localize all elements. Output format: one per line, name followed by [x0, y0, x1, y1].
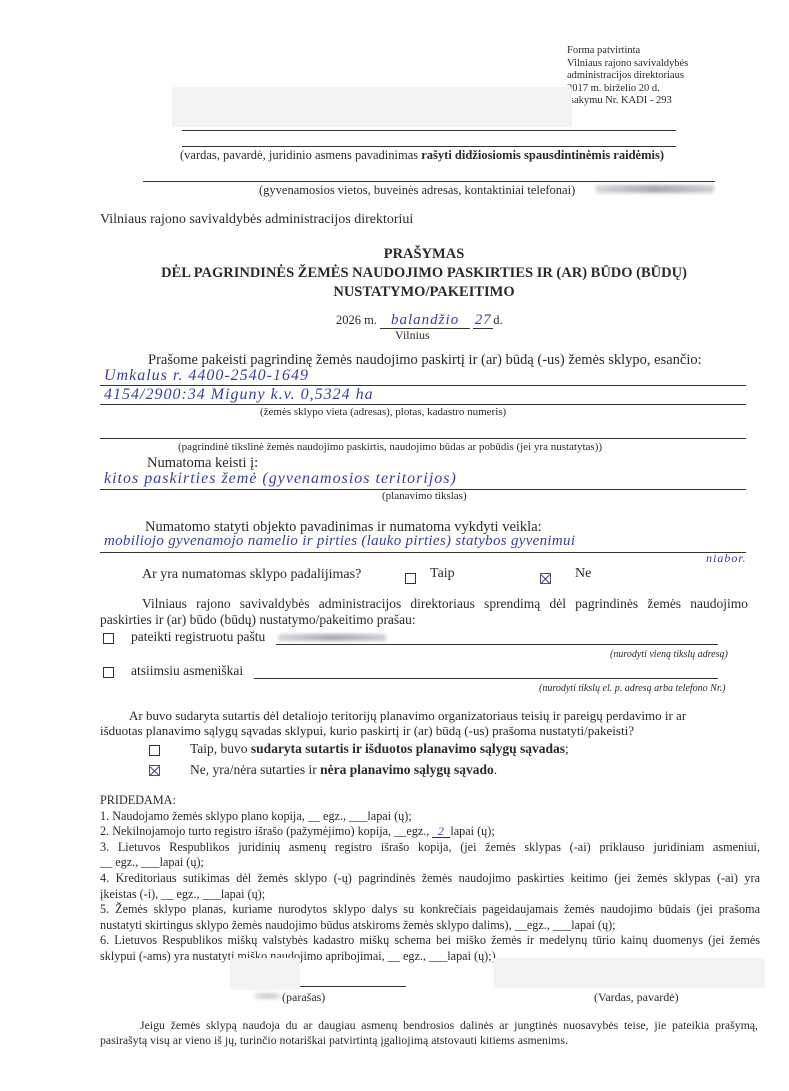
agreement-no-label: Ne, yra/nėra sutarties ir nėra planavimo…: [190, 762, 497, 778]
delivery-post-line[interactable]: [276, 644, 718, 645]
delivery-intro-1: Vilniaus rajono savivaldybės administrac…: [100, 596, 748, 612]
delivery-personal-checkbox[interactable]: [103, 667, 114, 678]
redacted-signature: [230, 958, 300, 990]
attachment-item-4-cont: įkeistas (-i), __ egz., ___lapai (ų);: [100, 887, 760, 903]
change-to-label: Numatoma keisti į:: [147, 455, 258, 471]
plot-line-1-field[interactable]: Umkalus r. 4400-2540-1649: [104, 367, 309, 385]
redacted-signer-name: [493, 958, 765, 988]
form-approval-note: Forma patvirtinta Vilniaus rajono saviva…: [567, 45, 688, 108]
footer-note-2: pasirašytą visų ar vieno iš jų, turinčio…: [100, 1033, 568, 1048]
delivery-personal-line[interactable]: [254, 678, 718, 679]
footer-note-1: Jeigu žemės sklypą naudoja du ar daugiau…: [100, 1018, 758, 1033]
addressee: Vilniaus rajono savivaldybės administrac…: [100, 212, 413, 228]
applicant-address-caption: (gyvenamosios vietos, buveinės adresas, …: [259, 182, 575, 198]
plot-intro: Prašome pakeisti pagrindinę žemės naudoj…: [148, 352, 702, 368]
delivery-personal-hint: (nurodyti tikslų el. p. adresą arba tele…: [539, 683, 725, 694]
applicant-name-line: [182, 130, 676, 131]
attachment-item-5: 5. Žemės sklypo planas, kuriame nurodyto…: [100, 902, 760, 918]
delivery-post-checkbox[interactable]: [103, 633, 114, 644]
attachments-heading: PRIDEDAMA:: [100, 793, 760, 809]
agreement-yes-label: Taip, buvo sudaryta sutartis ir išduotos…: [190, 741, 569, 757]
division-yes-checkbox[interactable]: [405, 573, 416, 584]
title-line-3: NUSTATYMO/PAKEITIMO: [100, 283, 748, 302]
attachment-item-3-cont: __ egz., ___lapai (ų);: [100, 855, 760, 871]
approval-line: Vilniaus rajono savivaldybės: [567, 58, 688, 71]
date-day-field[interactable]: 27: [473, 312, 493, 329]
planning-purpose-caption: (planavimo tikslas): [382, 490, 467, 503]
purpose-line: [100, 438, 746, 439]
object-field[interactable]: mobiliojo gyvenamojo namelio ir pirties …: [104, 533, 575, 550]
attachment-item-6: 6. Lietuvos Respublikos miškų valstybės …: [100, 933, 760, 949]
object-line: [100, 552, 746, 553]
approval-line: Forma patvirtinta: [567, 45, 688, 58]
redacted-phone: [596, 185, 714, 193]
division-no-checkbox[interactable]: [540, 573, 551, 584]
purpose-caption: (pagrindinė tikslinė žemės naudojimo pas…: [178, 441, 602, 454]
redacted-post-address: [278, 634, 386, 641]
title-line-2: DĖL PAGRINDINĖS ŽEMĖS NAUDOJIMO PASKIRTI…: [100, 264, 748, 283]
agreement-question-2: išduotas planavimo sąlygų sąvadas sklypu…: [100, 723, 634, 739]
delivery-post-label: pateikti registruotu paštu: [131, 629, 265, 645]
attachment-item-3: 3. Lietuvos Respublikos juridinių asmenų…: [100, 840, 760, 856]
signature-caption: (parašas): [282, 989, 325, 1005]
division-yes-label: Taip: [430, 566, 455, 582]
approval-line: įsakymu Nr. KADI - 293: [567, 95, 688, 108]
signer-name-caption: (Vardas, pavardė): [594, 989, 679, 1005]
document-title: PRAŠYMAS DĖL PAGRINDINĖS ŽEMĖS NAUDOJIMO…: [100, 245, 748, 302]
approval-line: administracijos direktoriaus: [567, 70, 688, 83]
attachments-section: PRIDEDAMA: 1. Naudojamo žemės sklypo pla…: [100, 793, 760, 965]
division-no-label: Ne: [575, 566, 591, 582]
redacted-applicant-name: [172, 87, 572, 127]
agreement-question-1: Ar buvo sudaryta sutartis dėl detaliojo …: [129, 708, 686, 724]
approval-line: 2017 m. birželio 20 d.: [567, 83, 688, 96]
title-line-1: PRAŠYMAS: [100, 245, 748, 264]
plot-line-2-field[interactable]: 4154/2900:34 Miguny k.v. 0,5324 ha: [104, 386, 374, 404]
plot-caption: (žemės sklypo vieta (adresas), plotas, k…: [260, 406, 506, 419]
attachment-item-1: 1. Naudojamo žemės sklypo plano kopija, …: [100, 809, 760, 825]
delivery-post-hint: (nurodyti vieną tikslų adresą): [610, 649, 728, 660]
division-question: Ar yra numatomas sklypo padalijimas?: [142, 567, 361, 583]
attachment-2-pages-field[interactable]: 2: [432, 825, 450, 838]
plot-line-2: [100, 404, 746, 405]
agreement-no-checkbox[interactable]: [149, 765, 160, 776]
delivery-personal-label: atsiimsiu asmeniškai: [131, 663, 243, 679]
delivery-intro-2: paskirties ir (ar) būdo (būdų) nustatymo…: [100, 612, 416, 628]
signature-line[interactable]: [300, 986, 406, 987]
attachment-item-5-cont: nustatyti skirtingus sklypo žemės naudoj…: [100, 918, 760, 934]
redacted-signature-mark: [254, 993, 280, 999]
object-field-continuation: niabor.: [706, 551, 747, 566]
place: Vilnius: [395, 327, 430, 343]
agreement-yes-checkbox[interactable]: [149, 745, 160, 756]
change-to-field[interactable]: kitos paskirties žemė (gyvenamosios teri…: [104, 470, 457, 488]
attachment-item-4: 4. Kreditoriaus sutikimas dėl žemės skly…: [100, 871, 760, 887]
attachment-item-2: 2. Nekilnojamojo turto registro išrašo (…: [100, 824, 760, 840]
applicant-name-caption: (vardas, pavardė, juridinio asmens pavad…: [180, 147, 664, 163]
